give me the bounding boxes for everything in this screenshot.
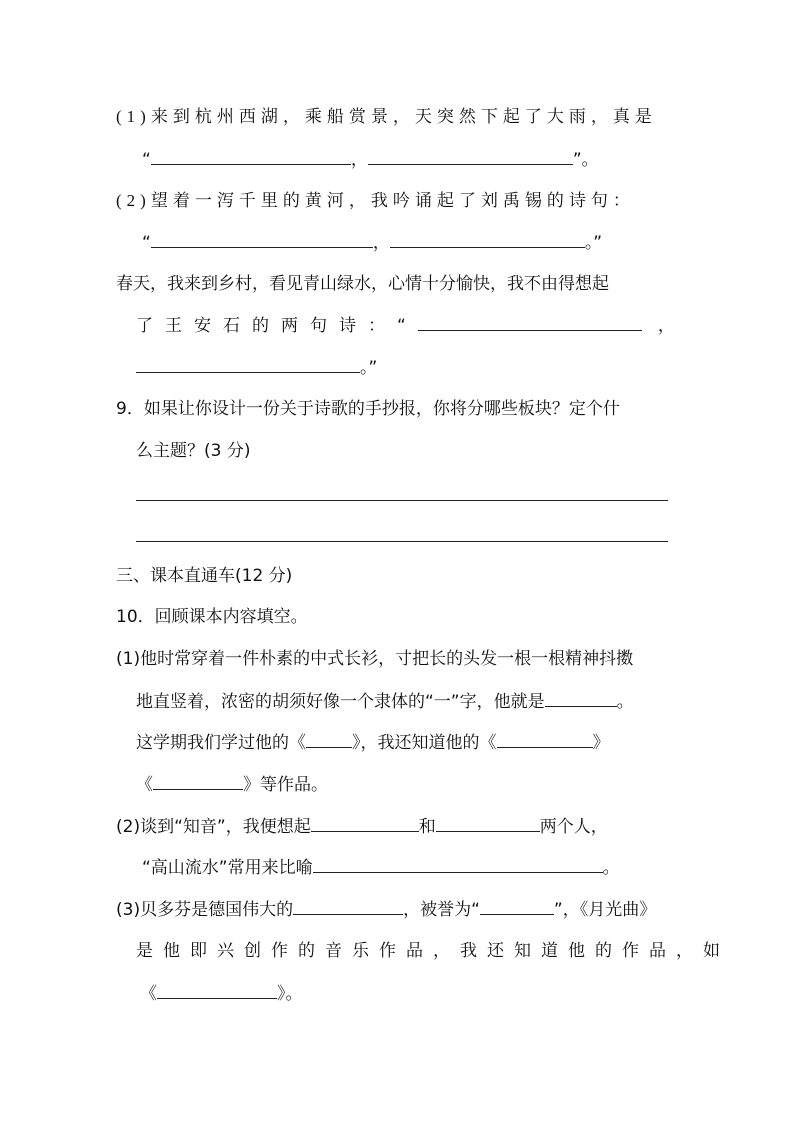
answer-blank[interactable] bbox=[418, 314, 642, 331]
q10-item2-line2: “高山流水”常用来比喻。 bbox=[142, 856, 620, 878]
q8-item1-line1: (1)来到杭州西湖，乘船赏景，天突然下起了大雨，真是 bbox=[116, 106, 657, 128]
q10-item1-line4: 《》等作品。 bbox=[136, 773, 328, 795]
answer-line[interactable] bbox=[136, 541, 668, 542]
answer-blank[interactable] bbox=[306, 731, 352, 748]
q9-line2: 么主题？(3 分) bbox=[136, 440, 250, 462]
question-text: 9．如果让你设计一份关于诗歌的手抄报，你将分哪些板块？定个什 bbox=[116, 399, 620, 419]
section-title: 三、课本直通车(12 分) bbox=[116, 565, 292, 587]
answer-blank[interactable] bbox=[311, 815, 419, 832]
answer-blank[interactable] bbox=[153, 773, 243, 790]
answer-blank[interactable] bbox=[497, 731, 593, 748]
question-text: 春天，我来到乡村，看见青山绿水，心情十分愉快，我不由得想起 bbox=[116, 274, 609, 294]
answer-blank[interactable] bbox=[157, 982, 277, 999]
q9-line1: 9．如果让你设计一份关于诗歌的手抄报，你将分哪些板块？定个什 bbox=[116, 398, 620, 420]
q10-item3-line3: 《》。 bbox=[140, 982, 303, 1004]
question-text: 么主题？(3 分) bbox=[136, 441, 250, 461]
q10-title: 10．回顾课本内容填空。 bbox=[116, 606, 308, 628]
answer-blank[interactable] bbox=[151, 231, 373, 248]
q8-item2-line2: “，。” bbox=[142, 231, 602, 253]
answer-blank[interactable] bbox=[390, 231, 585, 248]
question-text: 来到杭州西湖，乘船赏景，天突然下起了大雨，真是 bbox=[151, 107, 657, 127]
q10-item2-line1: (2)谈到“知音”，我便想起和两个人， bbox=[116, 815, 608, 837]
answer-blank[interactable] bbox=[293, 898, 403, 915]
q10-item3-line2: 是他即兴创作的音乐作品，我还知道他的作品，如 bbox=[136, 940, 730, 962]
q10-item3-line1: (3)贝多芬是德国伟大的，被誉为“”，《月光曲》 bbox=[116, 898, 656, 920]
q8-item3-line3: 。” bbox=[136, 356, 377, 378]
q8-item2-line1: (2)望着一泻千里的黄河，我吟诵起了刘禹锡的诗句： bbox=[116, 190, 635, 212]
q10-item1-line1: (1)他时常穿着一件朴素的中式长衫，寸把长的头发一根一根精神抖擞 bbox=[116, 648, 633, 670]
q8-item3-line1: 春天，我来到乡村，看见青山绿水，心情十分愉快，我不由得想起 bbox=[116, 273, 609, 295]
answer-blank[interactable] bbox=[436, 815, 540, 832]
q8-item1-line2: “，”。 bbox=[142, 148, 599, 170]
answer-blank[interactable] bbox=[545, 690, 617, 707]
q8-item3-line2: 了王安石的两句诗：“， bbox=[136, 314, 675, 336]
question-text: 望着一泻千里的黄河，我吟诵起了刘禹锡的诗句： bbox=[151, 191, 635, 211]
answer-blank[interactable] bbox=[368, 148, 573, 165]
q10-item1-line3: 这学期我们学过他的《》，我还知道他的《》 bbox=[136, 731, 610, 753]
q10-item1-line2: 地直竖着，浓密的胡须好像一个隶体的“一”字，他就是。 bbox=[136, 690, 634, 712]
item-number: (2) bbox=[116, 191, 151, 210]
answer-blank[interactable] bbox=[480, 898, 554, 915]
answer-line[interactable] bbox=[136, 500, 668, 501]
answer-blank[interactable] bbox=[313, 856, 603, 873]
answer-blank[interactable] bbox=[136, 356, 360, 373]
item-number: (1) bbox=[116, 107, 151, 126]
answer-blank[interactable] bbox=[151, 148, 351, 165]
